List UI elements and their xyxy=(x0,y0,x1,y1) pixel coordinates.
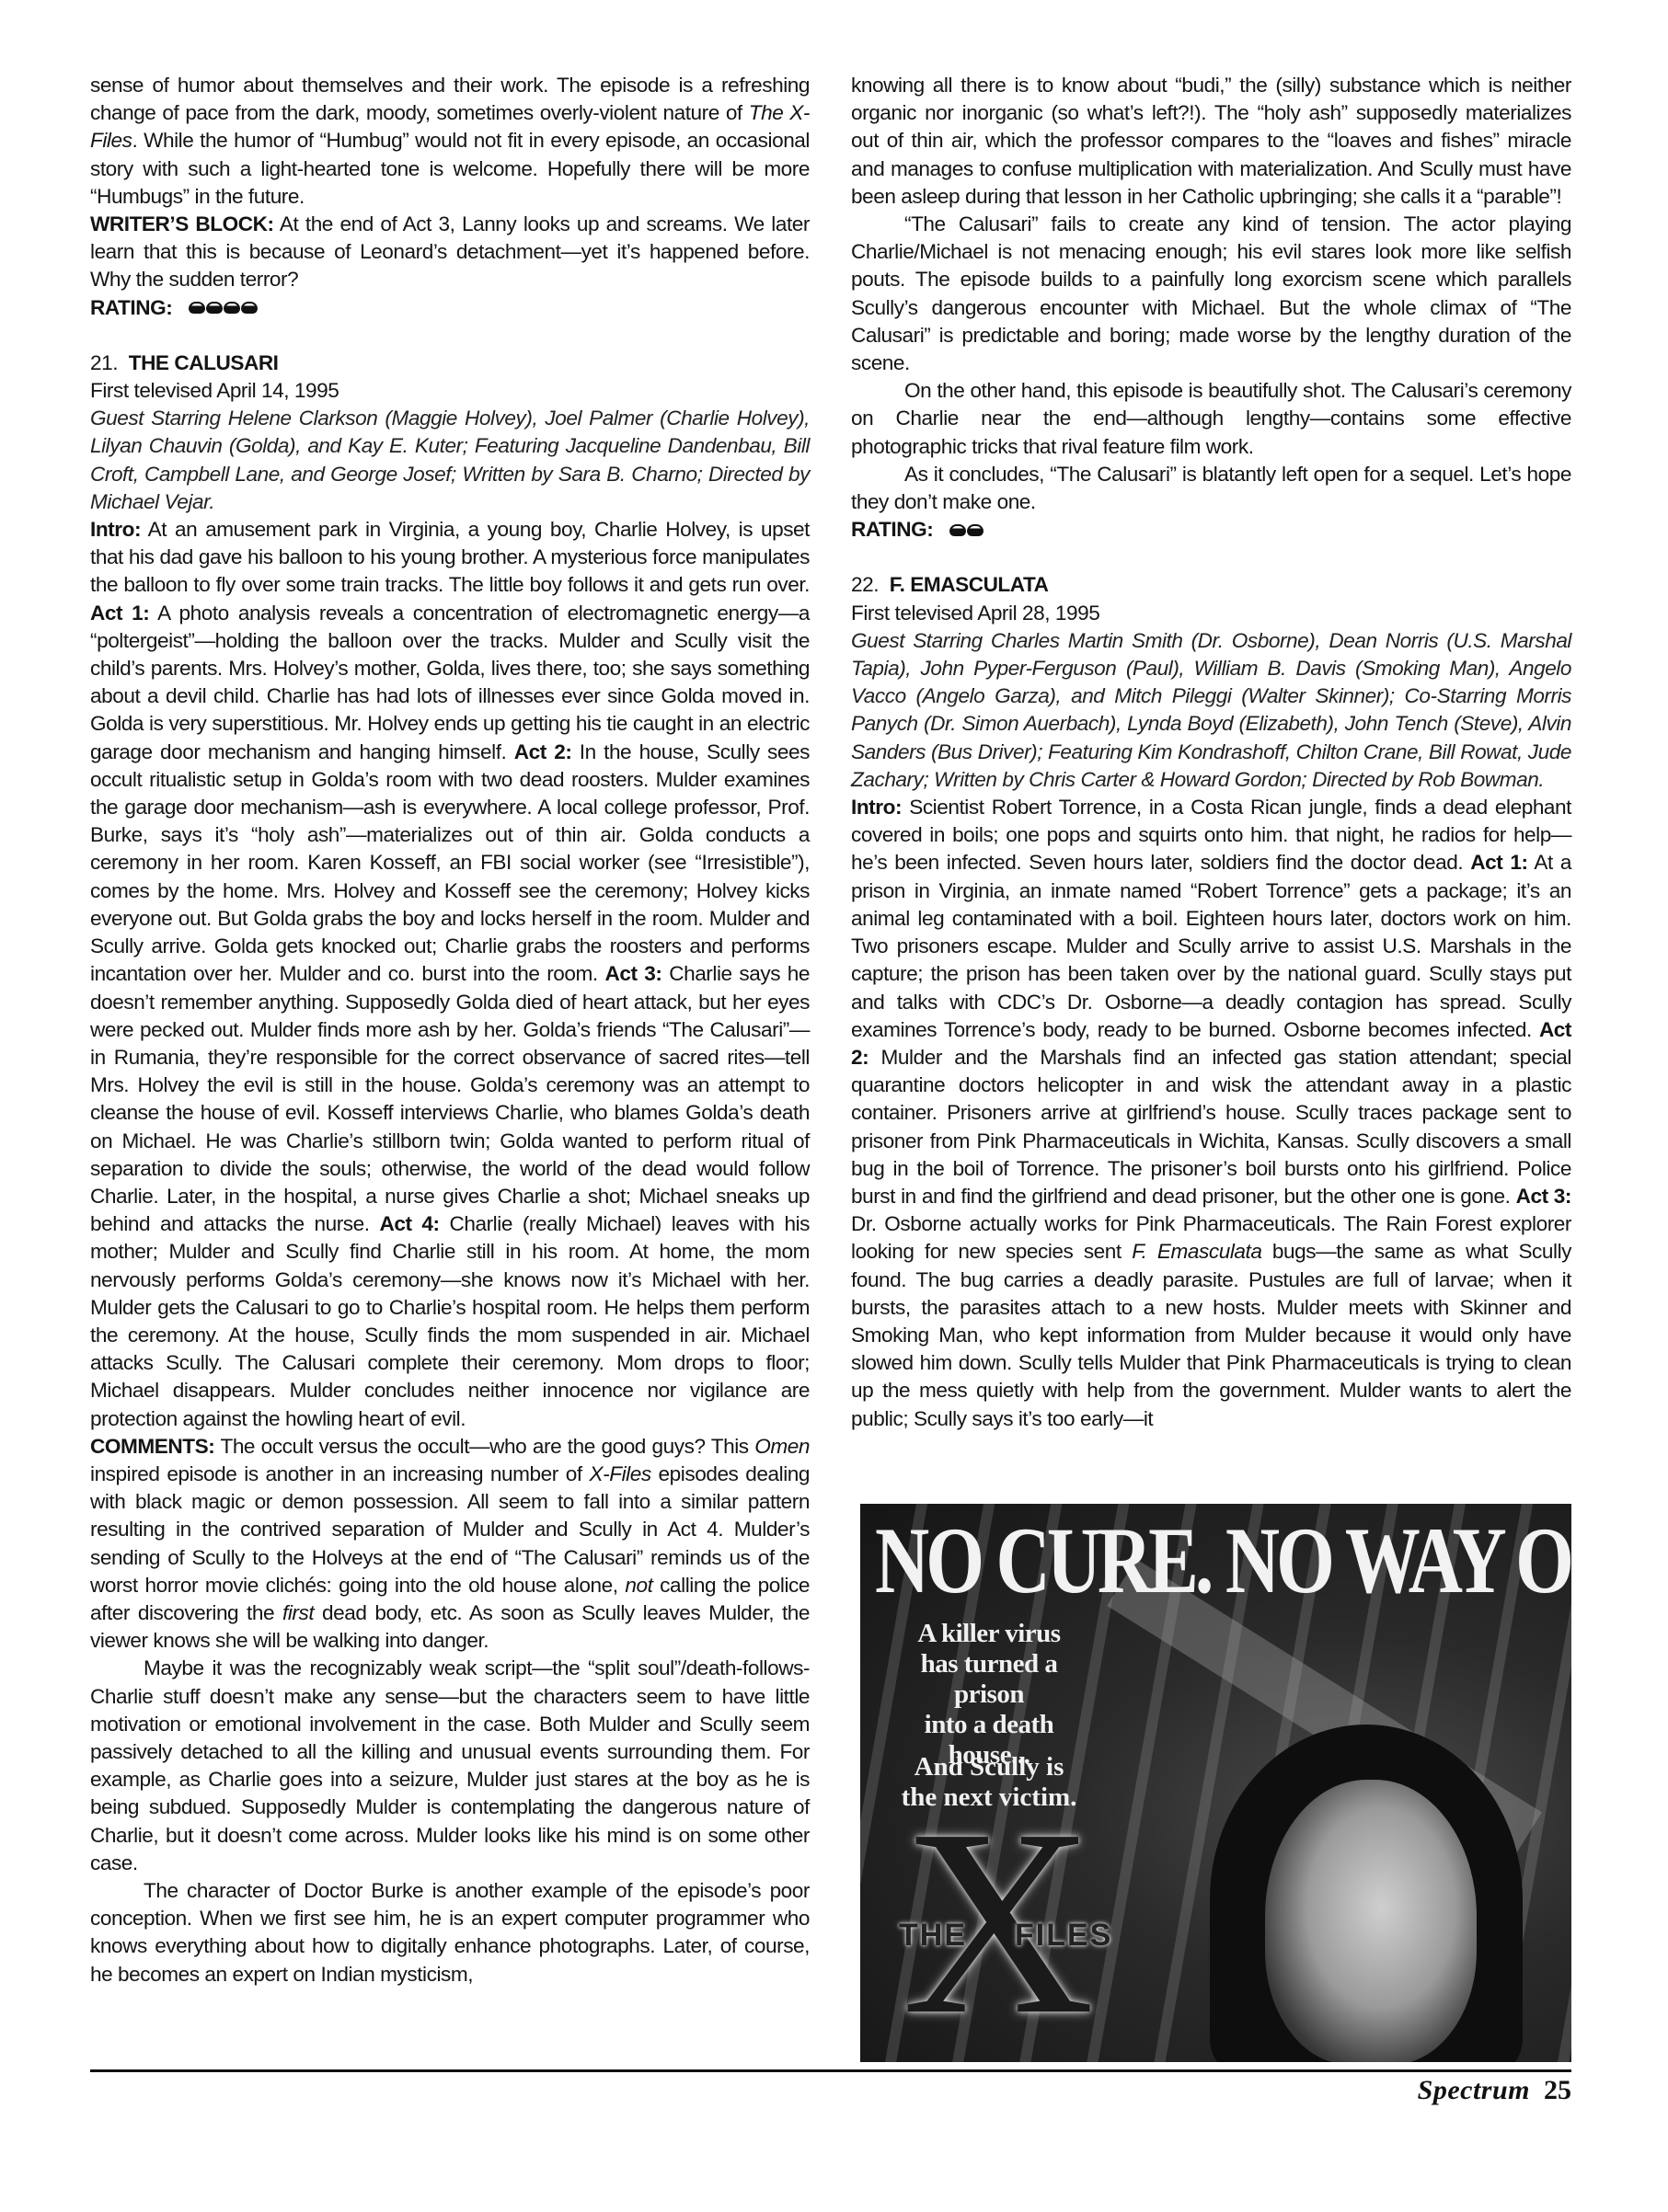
ad-headline: NO CURE. NO WAY OUT xyxy=(875,1509,1556,1613)
episode-title: F. EMASCULATA xyxy=(890,573,1049,596)
right-column: knowing all there is to know about “budi… xyxy=(851,72,1571,1433)
logo-files: FILES xyxy=(1015,1918,1112,1954)
episode-title: THE CALUSARI xyxy=(129,351,279,374)
bagel-icon xyxy=(241,302,258,314)
footer-rule xyxy=(90,2069,1571,2072)
bagel-icon xyxy=(949,524,966,536)
comments-paragraph-tension: “The Calusari” fails to create any kind … xyxy=(851,211,1571,377)
comments-paragraph-burke: The character of Doctor Burke is another… xyxy=(90,1877,810,1989)
episode-21-synopsis: Intro: At an amusement park in Virginia,… xyxy=(90,516,810,1433)
episode-21-heading: 21. THE CALUSARI xyxy=(90,350,810,377)
publication-name: Spectrum xyxy=(1418,2075,1530,2105)
comments-paragraph-script: Maybe it was the recognizably weak scrip… xyxy=(90,1655,810,1877)
episode-22-synopsis: Intro: Scientist Robert Torrence, in a C… xyxy=(851,794,1571,1433)
page-footer: Spectrum 25 xyxy=(1418,2075,1571,2106)
rating-calusari: RATING: xyxy=(851,516,1571,544)
rating-icons xyxy=(949,524,984,536)
rating-humbug: RATING: xyxy=(90,294,810,322)
rating-icons xyxy=(189,302,258,314)
rating-label: RATING: xyxy=(90,294,172,322)
writers-block-label: WRITER’S BLOCK: xyxy=(90,212,274,235)
logo-the: THE xyxy=(899,1918,967,1954)
writers-block: WRITER’S BLOCK: At the end of Act 3, Lan… xyxy=(90,211,810,294)
page-number: 25 xyxy=(1544,2075,1571,2105)
scully-portrait xyxy=(1265,1780,1477,2062)
episode-22-credits: Guest Starring Charles Martin Smith (Dr.… xyxy=(851,627,1571,794)
comments-paragraph-sequel: As it concludes, “The Calusari” is blata… xyxy=(851,461,1571,516)
bagel-icon xyxy=(189,302,205,314)
bagel-icon xyxy=(206,302,223,314)
xfiles-advertisement: NO CURE. NO WAY OUT A killer virus has t… xyxy=(860,1504,1571,2062)
episode-21-comments: COMMENTS: The occult versus the occult—w… xyxy=(90,1433,810,1656)
episode-22-airdate: First televised April 28, 1995 xyxy=(851,600,1571,627)
episode-21-airdate: First televised April 14, 1995 xyxy=(90,377,810,405)
xfiles-logo: X THE FILES xyxy=(897,1807,1099,2056)
humbug-comments-tail: sense of humor about themselves and thei… xyxy=(90,72,810,211)
bagel-icon xyxy=(967,524,984,536)
left-column: sense of humor about themselves and thei… xyxy=(90,72,810,1989)
episode-22-heading: 22. F. EMASCULATA xyxy=(851,571,1571,599)
ad-tagline: A killer virus has turned a prison into … xyxy=(888,1619,1090,1771)
episode-21-credits: Guest Starring Helene Clarkson (Maggie H… xyxy=(90,405,810,516)
rating-label: RATING: xyxy=(851,516,933,544)
comments-paragraph-budi: knowing all there is to know about “budi… xyxy=(851,72,1571,211)
comments-paragraph-shot: On the other hand, this episode is beaut… xyxy=(851,377,1571,461)
bagel-icon xyxy=(224,302,240,314)
